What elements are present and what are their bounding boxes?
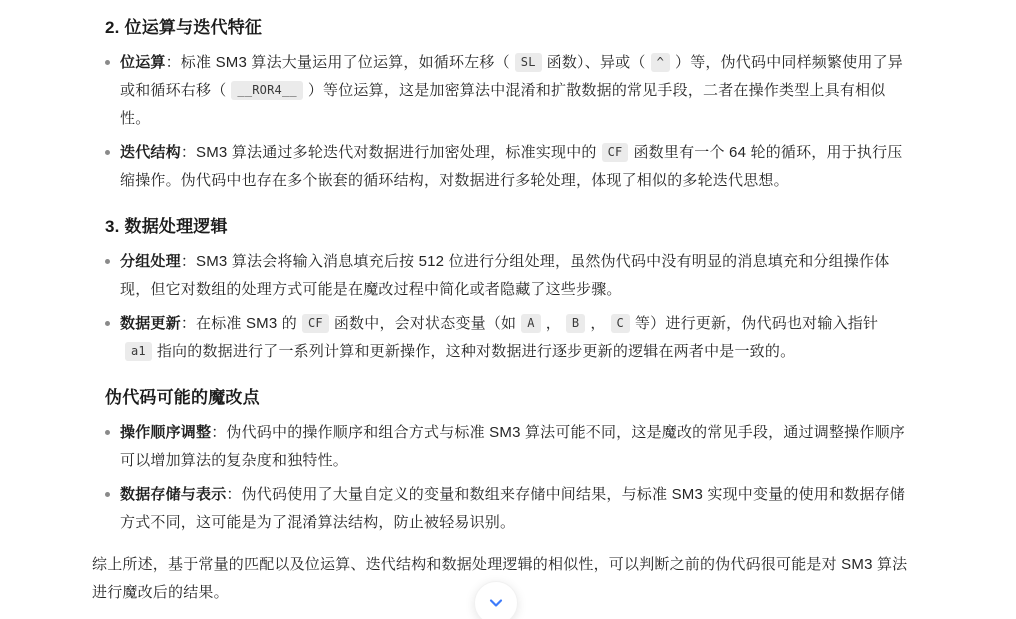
- bullet-text: 操作顺序调整：伪代码中的操作顺序和组合方式与标准 SM3 算法可能不同，这是魔改…: [120, 419, 910, 475]
- bullet-list: 位运算：标准 SM3 算法大量运用了位运算，如循环左移（SL函数）、异或（^）等…: [92, 49, 910, 195]
- bullet-icon: [105, 259, 110, 264]
- chevron-down-icon: [486, 593, 506, 613]
- list-item: 操作顺序调整：伪代码中的操作顺序和组合方式与标准 SM3 算法可能不同，这是魔改…: [92, 419, 910, 475]
- bullet-text: 分组处理：SM3 算法会将输入消息填充后按 512 位进行分组处理，虽然伪代码中…: [120, 248, 910, 304]
- scroll-to-bottom-button[interactable]: [474, 581, 518, 619]
- bullet-icon: [105, 60, 110, 65]
- bullet-icon: [105, 150, 110, 155]
- list-item: 迭代结构：SM3 算法通过多轮迭代对数据进行加密处理，标准实现中的CF函数里有一…: [92, 139, 910, 195]
- bullet-text: 数据存储与表示：伪代码使用了大量自定义的变量和数组来存储中间结果，与标准 SM3…: [120, 481, 910, 537]
- list-item: 分组处理：SM3 算法会将输入消息填充后按 512 位进行分组处理，虽然伪代码中…: [92, 248, 910, 304]
- section-heading-bitops: 2. 位运算与迭代特征: [92, 16, 910, 40]
- section-heading-dataflow: 3. 数据处理逻辑: [92, 215, 910, 239]
- bullet-text: 数据更新：在标准 SM3 的CF函数中，会对状态变量（如A，B，C等）进行更新，…: [120, 310, 910, 366]
- list-item: 数据存储与表示：伪代码使用了大量自定义的变量和数组来存储中间结果，与标准 SM3…: [92, 481, 910, 537]
- bullet-list: 操作顺序调整：伪代码中的操作顺序和组合方式与标准 SM3 算法可能不同，这是魔改…: [92, 419, 910, 537]
- bullet-icon: [105, 321, 110, 326]
- list-item: 数据更新：在标准 SM3 的CF函数中，会对状态变量（如A，B，C等）进行更新，…: [92, 310, 910, 366]
- bullet-text: 位运算：标准 SM3 算法大量运用了位运算，如循环左移（SL函数）、异或（^）等…: [120, 49, 910, 133]
- bullet-icon: [105, 430, 110, 435]
- bullet-list: 分组处理：SM3 算法会将输入消息填充后按 512 位进行分组处理，虽然伪代码中…: [92, 248, 910, 366]
- list-item: 位运算：标准 SM3 算法大量运用了位运算，如循环左移（SL函数）、异或（^）等…: [92, 49, 910, 133]
- bullet-text: 迭代结构：SM3 算法通过多轮迭代对数据进行加密处理，标准实现中的CF函数里有一…: [120, 139, 910, 195]
- message-content: 2. 位运算与迭代特征 位运算：标准 SM3 算法大量运用了位运算，如循环左移（…: [92, 0, 910, 607]
- section-heading-modifications: 伪代码可能的魔改点: [92, 386, 910, 410]
- chat-response-page: 2. 位运算与迭代特征 位运算：标准 SM3 算法大量运用了位运算，如循环左移（…: [0, 0, 1016, 619]
- bullet-icon: [105, 492, 110, 497]
